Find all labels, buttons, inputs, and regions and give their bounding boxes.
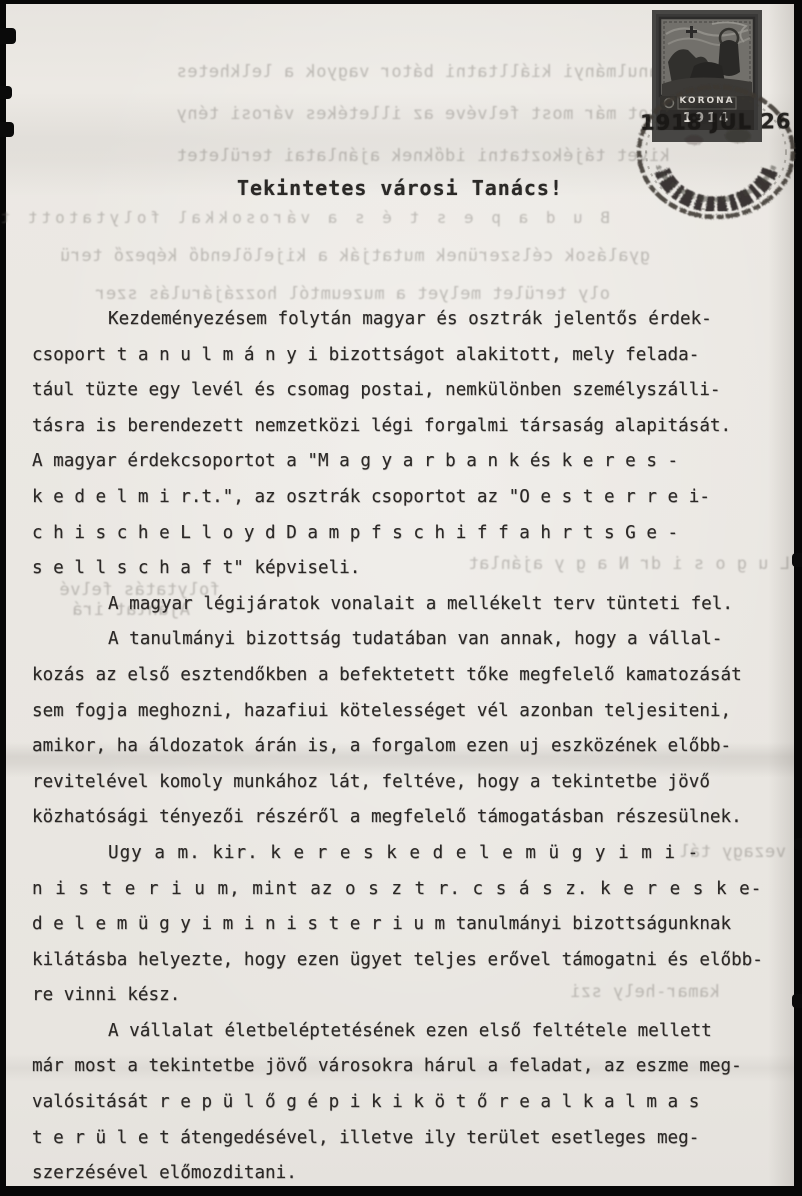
scan-artifact <box>794 838 802 850</box>
letter-line: n i s t e r i u m, mint az o s z t r. c … <box>32 872 778 908</box>
letter-line: k e d e l m i r.t.", az osztrák csoporto… <box>32 480 778 516</box>
letter-line: s e l l s c h a f t" képviseli. <box>32 551 778 587</box>
scan-artifact <box>792 994 802 1008</box>
scanned-letter-page: Tanulmányi kiálltatni bátor vagyok a lel… <box>0 0 802 1196</box>
stamp-denomination-label: KORONA <box>652 96 762 106</box>
scan-artifact <box>0 122 14 137</box>
postmark-date: 1918 JUL 26 <box>640 109 792 135</box>
letter-line: Kezdeményezésem folytán magyar és osztrá… <box>32 302 778 338</box>
bleedthrough-text: gyalások célszerünek mutatják a kijelöle… <box>10 246 650 266</box>
letter-line: c h i s c h e L l o y d D a m p f s c h … <box>32 516 778 552</box>
letter-line: re vinni kész. <box>32 978 778 1014</box>
letter-line: szerzésével előmozditani. <box>32 1156 778 1192</box>
letter-line: A vállalat életbeléptetésének ezen első … <box>32 1014 778 1050</box>
bleedthrough-text: kivet tájékoztatni időknek ajánlatai ter… <box>30 146 670 166</box>
letter-line: A magyar légijáratok vonalait a mellékel… <box>32 587 778 623</box>
letter-line: A tanulmányi bizottság tudatában van ann… <box>32 622 778 658</box>
letter-line: revitelével komoly munkához lát, feltéve… <box>32 765 778 801</box>
bleedthrough-text: Tanulmányi kiálltatni bátor vagyok a lel… <box>30 62 670 82</box>
bleedthrough-text: csot már most felvéve az illetékes város… <box>30 104 670 124</box>
letter-line: már most a tekintetbe jövő városokra hár… <box>32 1049 778 1085</box>
letter-line: amikor, ha áldozatok árán is, a forgalom… <box>32 729 778 765</box>
letter-line: A magyar érdekcsoportot a "M a g y a r b… <box>32 444 778 480</box>
letter-line: sem fogja meghozni, hazafiui kötelessége… <box>32 694 778 730</box>
letter-line: kozás az első esztendőkben a befektetett… <box>32 658 778 694</box>
scan-artifact <box>0 28 16 44</box>
scan-artifact <box>792 553 802 567</box>
letter-line: csoport t a n u l m á n y i bizottságot … <box>32 338 778 374</box>
letter-body: Kezdeményezésem folytán magyar és osztrá… <box>32 302 778 1192</box>
bleedthrough-text: oly terület melyet a muzeumtól hozzájáru… <box>10 284 610 304</box>
letter-paper: Tanulmányi kiálltatni bátor vagyok a lel… <box>6 4 794 1186</box>
letter-line: tásra is berendezett nemzetközi légi for… <box>32 409 778 445</box>
scan-artifact <box>0 86 12 99</box>
letter-line: tául tüzte egy levél és csomag postai, n… <box>32 373 778 409</box>
letter-line: t e r ü l e t átengedésével, illetve ily… <box>32 1121 778 1157</box>
letter-line: kilátásba helyezte, hogy ezen ügyet telj… <box>32 943 778 979</box>
letter-line: d e l e m ü g y i m i n i s t e r i u m … <box>32 907 778 943</box>
letter-line: valósitását r e p ü l ő g é p i k i k ö … <box>32 1085 778 1121</box>
letter-salutation: Tekintetes városi Tanács! <box>6 176 794 200</box>
letter-line: Ugy a m. kir. k e r e s k e d e l e m ü … <box>32 836 778 872</box>
letter-line: közhatósági tényezői részéről a megfelel… <box>32 800 778 836</box>
bleedthrough-text: B u d a p e s t é s a városokkal folytat… <box>10 208 610 227</box>
